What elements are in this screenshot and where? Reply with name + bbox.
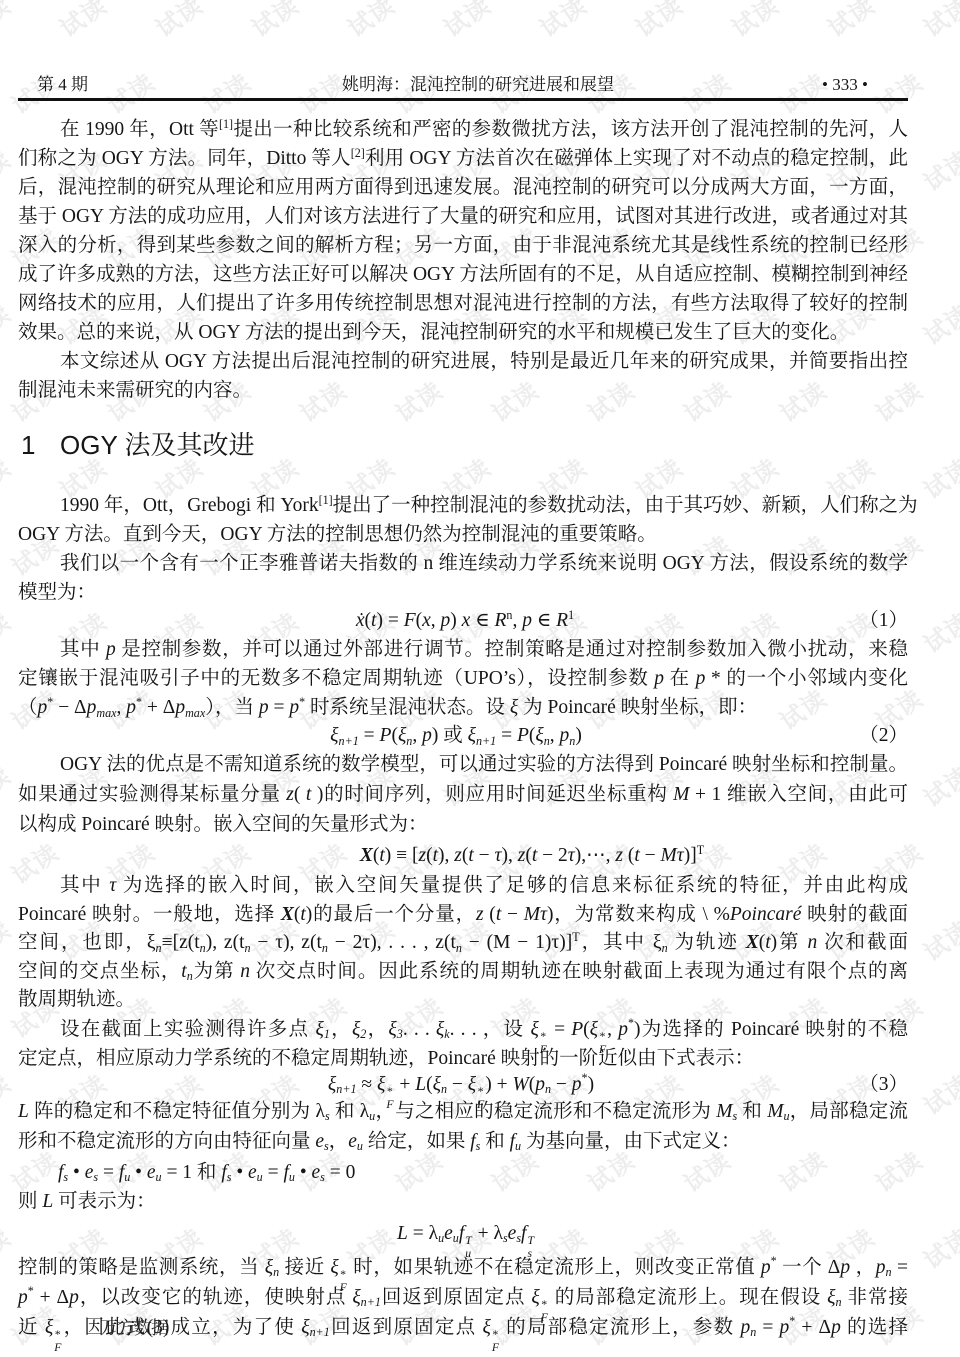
math-symbol: z: [518, 845, 526, 866]
subscript: u: [156, 1170, 162, 1184]
math-symbol: p: [522, 610, 532, 631]
subscript: s: [93, 1170, 98, 1184]
math-symbol: p: [126, 697, 136, 718]
text-line: 定定点，相应原动力学系统的不稳定周期轨迹，Poincaré 映射的一阶近似由下式…: [18, 1044, 908, 1073]
subscript: s: [516, 1231, 521, 1245]
math-symbol: x: [422, 610, 431, 631]
paragraph-ogy-origin: 1990 年，Ott，Grebogi 和 York[1]提出了一种控制混沌的参数…: [18, 491, 908, 549]
math-symbol: n: [807, 932, 817, 953]
math-symbol: M: [673, 784, 689, 805]
subscript: u: [357, 1139, 363, 1153]
math-symbol: p: [18, 1287, 28, 1308]
subscript: n+1: [339, 734, 359, 748]
watermark: 试读: [915, 448, 960, 505]
superscript: *: [540, 1031, 547, 1043]
text-line: Poincaré 映射。一般地，选择 X(t)的最后一个分量，z (t − Mτ…: [18, 901, 908, 930]
section-heading: 1OGY 法及其改进: [18, 425, 908, 465]
math-symbol: p: [831, 1317, 841, 1338]
superscript: *: [541, 1299, 548, 1311]
equation-number: （2）: [859, 722, 908, 750]
math-symbol: t: [300, 904, 305, 925]
superscript: [1]: [219, 117, 233, 131]
math-symbol: p: [259, 697, 269, 718]
subscript: n: [273, 1265, 279, 1279]
equation-1: ẋ(t) = F(x, p) x ∈ Rn, p ∈ R1 （1）: [18, 607, 908, 635]
math-symbol: z: [454, 845, 462, 866]
equation-body: X(t) ≡ [z(t), z(t − τ), z(t − 2τ),⋯, z (…: [360, 840, 704, 872]
math-symbol: ẋ: [356, 610, 365, 631]
subscript: n: [322, 941, 328, 955]
subscript: 1: [324, 1027, 330, 1041]
math-symbol: x: [462, 610, 471, 631]
text-line: 本文综述从 OGY 方法提出后混沌控制的研究进展，特别是最近几年来的研究成果，并…: [18, 347, 908, 376]
superscript: *: [54, 1329, 61, 1341]
math-symbol: p: [780, 1317, 790, 1338]
equation-basis-vectors: fs • es = fu • eu = 1 和 fs • eu = fu • e…: [18, 1157, 908, 1189]
paragraph-fixed-point: 设在截面上实验测得许多点 ξ1，ξ2，ξ3. . . ξk. . . ，设 ξ*…: [18, 1015, 908, 1073]
math-symbol: e: [312, 1162, 321, 1183]
math-symbol: ξ: [433, 1074, 441, 1095]
math-symbol: ξ: [530, 1019, 538, 1040]
subscript: u: [289, 1170, 295, 1184]
math-symbol: M: [767, 1101, 783, 1122]
text-line: 则 L 可表示为：: [18, 1189, 908, 1215]
math-symbol: e: [444, 1223, 453, 1244]
math-symbol: Poincaré: [730, 904, 801, 925]
subscript: u: [783, 1109, 789, 1123]
math-symbol: p: [654, 668, 664, 689]
text-line: 散周期轨迹。: [18, 986, 908, 1015]
math-symbol: ξ: [468, 725, 476, 746]
math-symbol: t: [496, 904, 501, 925]
math-symbol: z: [419, 845, 427, 866]
equation-2: ξn+1 = P(ξn, p) 或 ξn+1 = P(ξn, pn) （2）: [18, 722, 908, 750]
subscript: n+1: [336, 1082, 356, 1096]
text-line: 效果。总的来说，从 OGY 方法的提出到今天，混沌控制研究的水平和规模已发生了巨…: [18, 318, 908, 347]
watermark: 试读: [915, 1064, 960, 1121]
text-line: 1990 年，Ott，Grebogi 和 York[1]提出了一种控制混沌的参数…: [18, 491, 908, 520]
section-title: OGY 法及其改进: [60, 430, 255, 460]
equation-3: ξn+1 ≈ ξ*F + L(ξn − ξ*F) + W(pn − p*) （3…: [18, 1073, 908, 1097]
superscript: [1]: [319, 493, 333, 507]
subscript: n: [885, 1265, 891, 1279]
math-symbol: p: [441, 610, 451, 631]
subscript: n: [544, 734, 550, 748]
math-symbol: t: [765, 932, 770, 953]
math-symbol: ξ: [535, 725, 543, 746]
superscript: 1: [568, 608, 574, 622]
subscript: k: [444, 1027, 449, 1041]
sub-superscript: Tu: [465, 1235, 472, 1260]
sub-superscript: Ts: [527, 1235, 534, 1260]
equation-body: L = λueufTu + λsesfTs: [397, 1215, 535, 1260]
subscript: s: [320, 1170, 325, 1184]
issue-label: 第 4 期: [37, 74, 88, 96]
math-symbol: n: [240, 961, 250, 982]
watermark: 试读: [0, 1064, 17, 1121]
math-symbol: e: [147, 1162, 156, 1183]
math-symbol: R: [495, 610, 507, 631]
subscript: n: [156, 941, 162, 955]
text-line: 其中 p 是控制参数，并可以通过外部进行调节。控制策略是通过对控制参数加入微小扰…: [18, 635, 908, 664]
math-symbol: t: [634, 845, 639, 866]
math-symbol: t: [306, 784, 311, 805]
superscript: [2]: [351, 146, 365, 160]
math-symbol: t: [379, 845, 384, 866]
subscript: F: [492, 1342, 499, 1354]
math-symbol: ξ: [265, 1257, 273, 1278]
subscript: max: [96, 706, 116, 720]
header-rule: [18, 98, 908, 101]
superscript: *: [492, 1329, 499, 1341]
math-symbol: R: [556, 610, 568, 631]
watermark: 试读: [915, 910, 960, 967]
subscript: n: [245, 941, 251, 955]
math-symbol: L: [397, 1223, 408, 1244]
subscript: n: [750, 1325, 756, 1339]
equation-number: （1）: [859, 607, 908, 635]
math-symbol: ξ: [388, 1019, 396, 1040]
math-symbol: p: [106, 639, 116, 660]
math-symbol: p: [618, 1019, 628, 1040]
subscript: n: [456, 941, 462, 955]
math-symbol: W: [512, 1074, 528, 1095]
subscript: 2: [360, 1027, 366, 1041]
equation-body: ẋ(t) = F(x, p) x ∈ Rn, p ∈ R1: [356, 607, 574, 635]
math-symbol: τ: [495, 845, 502, 866]
math-bold-symbol: X: [360, 845, 373, 866]
math-symbol: P: [380, 725, 392, 746]
watermark: 试读: [915, 602, 960, 659]
text-line: 我们以一个含有一个正李雅普诺夫指数的 n 维连续动力学系统来说明 OGY 方法，…: [18, 549, 908, 578]
math-symbol: z: [286, 784, 294, 805]
subscript: F: [477, 1099, 484, 1111]
running-title: 姚明海：混沌控制的研究进展和展望: [342, 74, 614, 96]
text-line: 定镶嵌于混沌吸引子中的无数多不稳定周期轨迹（UPO’s），设控制参数 p 在 p…: [18, 664, 908, 693]
math-symbol: t: [532, 845, 537, 866]
subscript: n: [187, 969, 193, 983]
subscript: n: [836, 1295, 842, 1309]
paragraph-intro-scope: 本文综述从 OGY 方法提出后混沌控制的研究进展，特别是最近几年来的研究成果，并…: [18, 347, 908, 405]
equation-body: ξn+1 = P(ξn, p) 或 ξn+1 = P(ξn, pn): [330, 722, 582, 750]
superscript: n: [506, 608, 512, 622]
subscript: s: [63, 1170, 68, 1184]
superscript: *: [789, 1314, 795, 1328]
math-symbol: p: [572, 1074, 582, 1095]
watermark: 试读: [0, 1218, 17, 1275]
subscript: u: [465, 1248, 472, 1260]
math-symbol: L: [415, 1074, 426, 1095]
math-symbol: ξ: [827, 1287, 835, 1308]
text-line: OGY 法的优点是不需知道系统的数学模型，可以通过实验的方法得到 Poincar…: [18, 750, 908, 780]
subscript: s: [503, 1231, 508, 1245]
superscript: *: [582, 1071, 588, 1085]
equation-body: ξn+1 ≈ ξ*F + L(ξn − ξ*F) + W(pn − p*): [328, 1073, 594, 1111]
math-symbol: e: [315, 1131, 324, 1152]
subscript: u: [124, 1170, 130, 1184]
math-symbol: ξ: [468, 1074, 476, 1095]
superscript: *: [28, 1284, 34, 1298]
math-symbol: p: [696, 668, 706, 689]
math-symbol: p: [69, 1287, 79, 1308]
subscript: u: [369, 1109, 375, 1123]
equation-embedding-vector: X(t) ≡ [z(t), z(t − τ), z(t − 2τ),⋯, z (…: [18, 840, 908, 872]
text-line: 设在截面上实验测得许多点 ξ1，ξ2，ξ3. . . ξk. . . ，设 ξ*…: [18, 1015, 908, 1044]
text-line: 网络技术的应用，人们提出了许多用传统控制思想对混沌进行控制的方法，有些方法取得了…: [18, 289, 908, 318]
subscript: s: [325, 1109, 330, 1123]
paragraph-control-parameter: 其中 p 是控制参数，并可以通过外部进行调节。控制策略是通过对控制参数加入微小扰…: [18, 635, 908, 722]
paragraph-intro-history: 在 1990 年，Ott 等[1]提出一种比较系统和严密的参数微扰方法，该方法开…: [18, 115, 908, 347]
text-line: 形和不稳定流形的方向由特征向量 es，eu 给定，如果 fs 和 fu 为基向量…: [18, 1127, 908, 1157]
subscript: n: [662, 941, 668, 955]
math-symbol: p: [560, 725, 570, 746]
watermark: 试读: [0, 756, 17, 813]
superscript: *: [47, 695, 53, 709]
text-line: 其中 τ 为选择的嵌入时间，嵌入空间矢量提供了足够的信息来标征系统的特征，并由此…: [18, 872, 908, 901]
math-symbol: e: [348, 1131, 357, 1152]
watermark: 试读: [0, 910, 17, 967]
subscript: u: [515, 1139, 521, 1153]
subscript: s: [227, 1170, 232, 1184]
math-symbol: ξ: [330, 1257, 338, 1278]
superscript: *: [136, 695, 142, 709]
subscript: u: [438, 1231, 444, 1245]
subscript: 3: [397, 1027, 403, 1041]
sub-superscript: *F: [492, 1329, 499, 1354]
math-symbol: ξ: [315, 1019, 323, 1040]
math-symbol: ξ: [352, 1287, 360, 1308]
math-symbol: z: [615, 845, 623, 866]
paragraph-system-model: 我们以一个含有一个正李雅普诺夫指数的 n 维连续动力学系统来说明 OGY 方法，…: [18, 549, 908, 607]
watermark: 试读: [0, 602, 17, 659]
math-symbol: M: [716, 1101, 732, 1122]
text-line: 在 1990 年，Ott 等[1]提出一种比较系统和严密的参数微扰方法，该方法开…: [18, 115, 908, 144]
math-symbol: ξ: [398, 725, 406, 746]
subscript: u: [453, 1231, 459, 1245]
wanfang-data-stamp: 万方数据: [100, 1317, 168, 1339]
math-symbol: L: [42, 1191, 53, 1212]
subscript: u: [257, 1170, 263, 1184]
math-symbol: p: [535, 1074, 545, 1095]
subscript: s: [476, 1139, 481, 1153]
subscript: n+1: [361, 1295, 381, 1309]
subscript: n: [545, 1082, 551, 1096]
text-line: 后，混沌控制的研究从理论和应用两方面得到迅速发展。混沌控制的研究可以分成两大方面…: [18, 173, 908, 202]
watermark: 试读: [0, 448, 17, 505]
superscript: *: [599, 1031, 606, 1043]
math-symbol: t: [468, 845, 473, 866]
text-line: OGY 方法。直到今天，OGY 方法的控制思想仍然为控制混沌的重要策略。: [18, 520, 908, 549]
superscript: T: [572, 930, 579, 944]
subscript: F: [386, 1099, 393, 1111]
superscript: *: [340, 1269, 347, 1281]
math-symbol: ξ: [482, 1317, 490, 1338]
text-line: 们称之为 OGY 方法。同年，Ditto 等人[2]利用 OGY 方法首次在磁弹…: [18, 144, 908, 173]
math-symbol: p: [87, 697, 97, 718]
subscript: n+1: [476, 734, 496, 748]
text-line: 基于 OGY 方法的成功应用，人们对该方法进行了大量的研究和应用，试图对其进行改…: [18, 202, 908, 231]
math-symbol: ξ: [590, 1019, 598, 1040]
sub-superscript: *F: [386, 1086, 393, 1111]
math-symbol: f: [470, 1131, 475, 1152]
math-symbol: p: [289, 697, 299, 718]
math-symbol: e: [248, 1162, 257, 1183]
math-symbol: p: [876, 1257, 886, 1278]
text-line: p* + Δp，以改变它的轨迹，使映射点 ξn+1回返到原固定点 ξ*F 的局部…: [18, 1283, 908, 1313]
math-symbol: p: [740, 1317, 750, 1338]
text-line: 制混沌未来需研究的内容。: [18, 376, 908, 405]
watermark: 试读: [0, 294, 17, 351]
math-symbol: Mτ: [661, 845, 684, 866]
sub-superscript: *F: [477, 1086, 484, 1111]
math-symbol: L: [18, 1101, 29, 1122]
equation-L-matrix: L = λueufTu + λsesfTs: [18, 1215, 908, 1253]
superscript: *: [771, 1254, 777, 1268]
math-symbol: τ: [568, 845, 575, 866]
section-number: 1: [18, 425, 60, 465]
text-line: 深入的分析，得到某些参数之间的解析方程；另一方面，由于非混沌系统尤其是线性系统的…: [18, 231, 908, 260]
paragraph-ogy-advantage: OGY 法的优点是不需知道系统的数学模型，可以通过实验的方法得到 Poincar…: [18, 750, 908, 840]
math-symbol: p: [422, 725, 432, 746]
paragraph-L-expression: 则 L 可表示为：: [18, 1189, 908, 1215]
equation-number: （3）: [859, 1073, 908, 1097]
math-symbol: ξ: [301, 1317, 309, 1338]
subscript: s: [733, 1109, 738, 1123]
sub-superscript: *F: [54, 1329, 61, 1354]
paper-page: 试读试读试读试读试读试读试读试读试读试读试读试读试读试读试读试读试读试读试读试读…: [0, 0, 960, 1357]
subscript: n: [569, 734, 575, 748]
equation-body: fs • es = fu • eu = 1 和 fs • eu = fu • e…: [58, 1157, 355, 1189]
math-symbol: t: [371, 610, 376, 631]
math-symbol: z: [476, 904, 484, 925]
running-header: 第 4 期 姚明海：混沌控制的研究进展和展望 • 333 •: [0, 0, 960, 104]
math-bold-symbol: X: [281, 904, 294, 925]
math-symbol: P: [571, 1019, 583, 1040]
math-symbol: f: [221, 1162, 226, 1183]
subscript: max: [185, 706, 205, 720]
math-symbol: f: [459, 1223, 464, 1244]
math-bold-symbol: X: [746, 932, 759, 953]
text-line: 如果通过实验测得某标量分量 z( t )的时间序列，则应用时间延迟坐标重构 M …: [18, 780, 908, 810]
paragraph-embedding-time: 其中 τ 为选择的嵌入时间，嵌入空间矢量提供了足够的信息来标征系统的特征，并由此…: [18, 872, 908, 1015]
article-body: 在 1990 年，Ott 等[1]提出一种比较系统和严密的参数微扰方法，该方法开…: [18, 115, 908, 1343]
math-symbol: ξ: [377, 1074, 385, 1095]
math-symbol: ξ: [436, 1019, 444, 1040]
math-symbol: p: [761, 1257, 771, 1278]
math-symbol: τ: [109, 875, 116, 896]
subscript: n: [200, 941, 206, 955]
math-symbol: t: [433, 845, 438, 866]
text-line: （p* − Δpmax, p* + Δpmax），当 p = p* 时系统呈混沌…: [18, 693, 908, 722]
math-symbol: ξ: [45, 1317, 53, 1338]
math-symbol: f: [521, 1223, 526, 1244]
text-line: 空间，也即，ξn≡[z(tn), z(tn − τ), z(tn − 2τ), …: [18, 929, 908, 958]
math-symbol: ξ: [510, 697, 518, 718]
subscript: s: [527, 1248, 534, 1260]
math-symbol: p: [175, 697, 185, 718]
math-symbol: t: [181, 961, 186, 982]
text-line: 模型为：: [18, 578, 908, 607]
watermark: 试读: [915, 756, 960, 813]
watermark: 试读: [0, 140, 17, 197]
math-symbol: ξ: [531, 1287, 539, 1308]
superscript: *: [628, 1016, 634, 1030]
math-symbol: p: [840, 1257, 850, 1278]
subscript: F: [54, 1342, 61, 1354]
text-line: 空间的交点坐标，tn为第 n 次交点时间。因此系统的周期轨迹在映射截面上表现为通…: [18, 958, 908, 987]
math-symbol: Mτ: [524, 904, 547, 925]
watermark: 试读: [915, 1218, 960, 1275]
math-symbol: F: [404, 610, 416, 631]
superscript: T: [697, 843, 704, 857]
subscript: n: [406, 734, 412, 748]
page-number: • 333 •: [822, 74, 868, 96]
subscript: n+1: [310, 1325, 330, 1339]
watermark: 试读: [915, 140, 960, 197]
text-line: 成了许多成熟的方法，这些方法正好可以解决 OGY 方法所固有的不足，从自适应控制…: [18, 260, 908, 289]
subscript: n: [441, 1082, 447, 1096]
watermark: 试读: [915, 294, 960, 351]
subscript: s: [324, 1139, 329, 1153]
math-symbol: P: [517, 725, 529, 746]
math-symbol: p: [38, 697, 48, 718]
superscript: *: [299, 695, 305, 709]
text-line: 以构成 Poincaré 映射。嵌入空间的矢量形式为：: [18, 810, 908, 840]
